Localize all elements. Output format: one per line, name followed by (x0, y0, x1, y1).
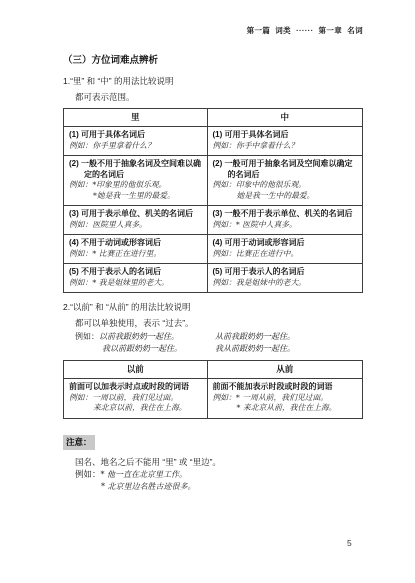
item-yiqian-congqian: 2.“以前” 和 “从前” 的用法比较说明 都可以单独使用，表示 “过去”。 例… (63, 301, 363, 419)
table2-right: 前面不能加表示时段或时段的词语 例如：* 一周从前，我们见过面。 * 来北京从前… (207, 379, 362, 419)
note-block: 注意： 国名、地名之后不能用 “里” 或 “里边”。 例如：* 他一直在北京里工… (63, 432, 363, 493)
rule-text: 前面可以加表示时点或时段的词语 (69, 382, 202, 393)
example-text: 例如：* 比赛正在进行里。 (69, 249, 202, 260)
rule-text: (5) 可用于表示人的名词后 (213, 267, 357, 278)
rule-text: (4) 不用于动词或形容词后 (69, 238, 202, 249)
table1-r2-right: (2) 一般可用于抽象名词及空间难以确定的名词后 例如：印象中的他很乐观。 她是… (207, 156, 362, 206)
note-body: 国名、地名之后不能用 “里” 或 “里边”。 例如：* 他一直在北京里工作。 *… (75, 456, 363, 493)
table1-header-li: 里 (64, 109, 208, 127)
header-chapter: 第一章 (318, 26, 342, 35)
example-b: 从前我跟奶奶一起住。 (215, 331, 295, 343)
rule-text: (3) 一般不用于表示单位、机关的名词后 (213, 209, 357, 220)
item2-subtitle: 都可以单独使用，表示 “过去”。 (75, 317, 363, 329)
example-prefix: 例如： (75, 469, 101, 479)
item1-subtitle: 都可表示范围。 (75, 91, 363, 103)
item1-title: 1.“里” 和 “中” 的用法比较说明 (63, 75, 363, 87)
example-pair-line: 我以前跟奶奶一起住。 我从前跟奶奶一起住。 (75, 343, 363, 355)
example-text: 例如：印象中的他很乐观。 (213, 180, 357, 191)
example-text: 例如：一周以前，我们见过面。 (69, 393, 202, 404)
example-text: 例如：你手中拿着什么？ (213, 141, 357, 152)
example-text: 例如：我是姐妹中的老大。 (213, 278, 357, 289)
header-chapter-title: 名词 (347, 26, 363, 35)
table1-r4-left: (4) 不用于动词或形容词后 例如：* 比赛正在进行里。 (64, 235, 208, 264)
table-row: (4) 不用于动词或形容词后 例如：* 比赛正在进行里。 (4) 可用于动词或形… (64, 235, 363, 264)
example-text: *她是我一生里的最爱。 (69, 191, 202, 202)
example-text: * 来北京从前，我住在上海。 (213, 403, 357, 414)
example-text: 她是我一生中的最爱。 (213, 191, 357, 202)
header-dots: ······ (296, 26, 313, 35)
rule-text: (1) 可用于具体名词后 (213, 130, 357, 141)
example-text: 例如：*印象里的他很乐观。 (69, 180, 202, 191)
example-text: 例如：* 医院中人真多。 (213, 220, 357, 231)
table2-left: 前面可以加表示时点或时段的词语 例如：一周以前，我们见过面。 来北京以前，我住在… (64, 379, 208, 419)
table-li-zhong: 里 中 (1) 可用于具体名词后 例如：你手里拿着什么？ (1) 可用于具体名词… (63, 108, 363, 293)
table1-r5-left: (5) 不用于表示人的名词后 例如：* 我是姐妹里的老大。 (64, 264, 208, 293)
header-part: 第一篇 (247, 26, 271, 35)
rule-text: (4) 可用于动词或形容词后 (213, 238, 357, 249)
table1-r3-left: (3) 可用于表示单位、机关的名词后 例如：医院里人真多。 (64, 206, 208, 235)
table1-r2-left: (2) 一般不用于抽象名词及空间难以确定的名词后 例如：*印象里的他很乐观。 *… (64, 156, 208, 206)
page-number: 5 (347, 538, 352, 548)
table1-header-zhong: 中 (207, 109, 362, 127)
running-header: 第一篇词类······第一章名词 (247, 25, 363, 36)
table-row: (3) 可用于表示单位、机关的名词后 例如：医院里人真多。 (3) 一般不用于表… (64, 206, 363, 235)
table2-header-yiqian: 以前 (64, 361, 208, 379)
rule-text: (3) 可用于表示单位、机关的名词后 (69, 209, 202, 220)
example-text: 例如：* 他一直在北京里工作。 (75, 468, 363, 481)
table-row: 里 中 (64, 109, 363, 127)
table1-r5-right: (5) 可用于表示人的名词后 例如：我是姐妹中的老大。 (207, 264, 362, 293)
example-text: 例如：* 一周从前，我们见过面。 (213, 393, 357, 404)
example-pair-line: 例如：以前我跟奶奶一起住。 从前我跟奶奶一起住。 (75, 331, 363, 343)
section-title: （三）方位词难点辨析 (63, 52, 363, 66)
example-sentence: * 他一直在北京里工作。 (101, 470, 188, 479)
page-content: （三）方位词难点辨析 1.“里” 和 “中” 的用法比较说明 都可表示范围。 里… (63, 52, 363, 493)
example-text: 例如：以前我跟奶奶一起住。 (75, 331, 215, 343)
example-text: 来北京以前，我住在上海。 (69, 403, 202, 414)
table-row: 前面可以加表示时点或时段的词语 例如：一周以前，我们见过面。 来北京以前，我住在… (64, 379, 363, 419)
example-text: 例如：你手里拿着什么？ (69, 141, 202, 152)
table2-header-congqian: 从前 (207, 361, 362, 379)
header-part-title: 词类 (275, 26, 291, 35)
table-row: (5) 不用于表示人的名词后 例如：* 我是姐妹里的老大。 (5) 可用于表示人… (64, 264, 363, 293)
example-text: * 北京里边名胜古迹很多。 (75, 481, 363, 493)
table1-r4-right: (4) 可用于动词或形容词后 例如：比赛正在进行中。 (207, 235, 362, 264)
example-text: 例如：比赛正在进行中。 (213, 249, 357, 260)
example-b: 我从前跟奶奶一起住。 (215, 343, 295, 355)
item2-title: 2.“以前” 和 “从前” 的用法比较说明 (63, 301, 363, 313)
table-row: (1) 可用于具体名词后 例如：你手里拿着什么？ (1) 可用于具体名词后 例如… (64, 127, 363, 156)
table-row: (2) 一般不用于抽象名词及空间难以确定的名词后 例如：*印象里的他很乐观。 *… (64, 156, 363, 206)
table-row: 以前 从前 (64, 361, 363, 379)
example-a: 以前我跟奶奶一起住。 (99, 332, 179, 341)
example-prefix: 例如： (75, 332, 99, 341)
rule-text: (2) 一般不用于抽象名词及空间难以确定的名词后 (69, 159, 202, 180)
rule-text: (5) 不用于表示人的名词后 (69, 267, 202, 278)
table1-r1-left: (1) 可用于具体名词后 例如：你手里拿着什么？ (64, 127, 208, 156)
example-text: 例如：* 我是姐妹里的老大。 (69, 278, 202, 289)
rule-text: 前面不能加表示时段或时段的词语 (213, 382, 357, 393)
example-a: 我以前跟奶奶一起住。 (102, 343, 215, 355)
example-text: 例如：医院里人真多。 (69, 220, 202, 231)
note-rule: 国名、地名之后不能用 “里” 或 “里边”。 (75, 456, 363, 468)
rule-text: (1) 可用于具体名词后 (69, 130, 202, 141)
table1-r3-right: (3) 一般不用于表示单位、机关的名词后 例如：* 医院中人真多。 (207, 206, 362, 235)
rule-text: (2) 一般可用于抽象名词及空间难以确定的名词后 (213, 159, 357, 180)
table-yiqian-congqian: 以前 从前 前面可以加表示时点或时段的词语 例如：一周以前，我们见过面。 来北京… (63, 360, 363, 419)
note-badge: 注意： (63, 435, 95, 450)
item-li-zhong: 1.“里” 和 “中” 的用法比较说明 都可表示范围。 里 中 (1) 可用于具… (63, 75, 363, 293)
table1-r1-right: (1) 可用于具体名词后 例如：你手中拿着什么？ (207, 127, 362, 156)
